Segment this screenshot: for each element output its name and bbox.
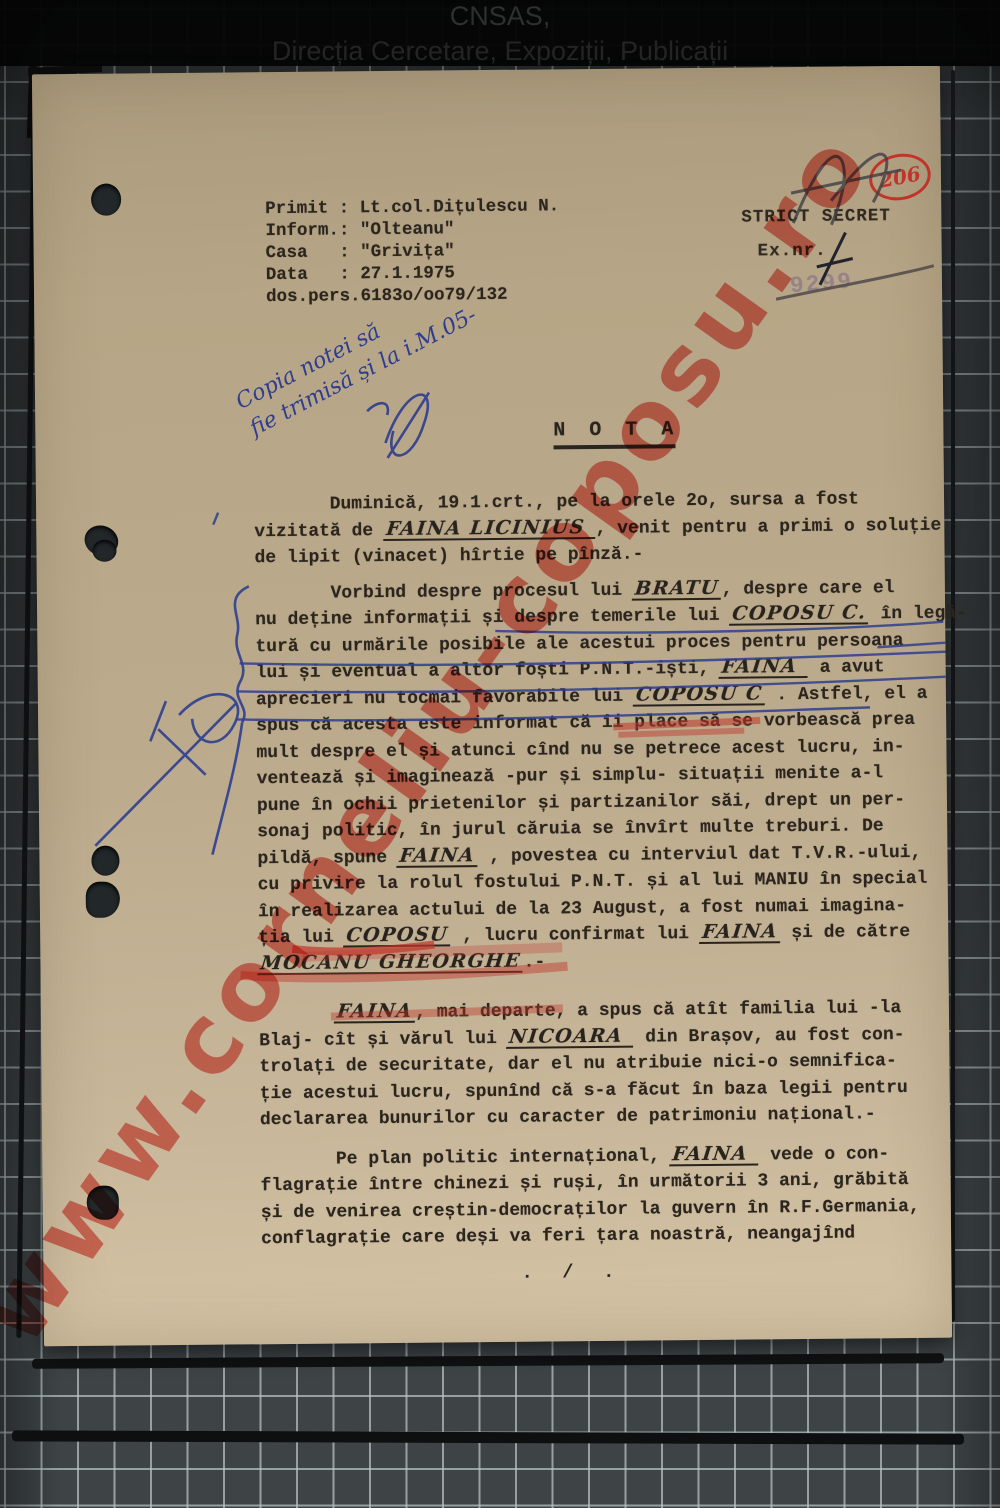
typed-text: ție acestui lucru, spunînd că s-a făcut … [260,1078,908,1104]
body-line: de lipit (vinacet) hîrtie pe pînză.- [254,539,944,572]
handwritten-name: NICOARA [506,1026,635,1048]
handwritten-name: FAINA [333,1002,416,1024]
punch-hole [91,184,121,216]
frame-rod-bottom-lower [12,1430,964,1444]
typed-text: nu deține informații și despre temerile … [255,606,730,631]
paragraph: Pe plan politic internațional, FAINA ved… [260,1140,951,1253]
header-line: Inform.: "Olteanu" [265,217,559,242]
archive-photo: { "photo": { "caption_line1": "CNSAS,", … [0,0,1000,1508]
header-line: Casa : "Grivița" [266,239,560,264]
copy-number-label: Ex.nr. [758,241,827,262]
page-number-stamp: 206 [865,149,934,206]
typed-text: , mai departe, a spus că atît familia lu… [415,998,901,1023]
typed-text: conflagrație care deși va feri țara noas… [261,1224,855,1250]
typed-text: , lucru confirmat lui [451,924,700,946]
handwritten-name: FAINA [397,846,480,868]
punch-hole [86,882,120,918]
typed-text: și de venirea creștin-democraților la gu… [261,1196,920,1222]
handwritten-name: FAINA [719,657,810,679]
typed-text: pune în ochii prietenilor și partizanilo… [257,790,905,816]
typed-text: flagrație între chinezi și ruși, în urmă… [261,1170,909,1196]
frame-rod-right [951,70,955,1322]
title-underline [554,444,676,449]
handwritten-name: FAINA [670,1144,761,1166]
punch-hole [87,1186,119,1220]
document-title: N O T A [553,418,679,449]
typed-text: și de către [780,922,910,943]
typed-text: mult despre el și atunci cînd nu se petr… [256,737,904,763]
typed-text: Pe plan politic internațional, [260,1146,671,1170]
typed-text: .- [524,952,546,972]
struck-registration-number: 9299 [789,268,854,299]
typed-text: , despre care el [722,578,895,600]
punch-hole [92,540,116,562]
paragraph: Duminică, 19.1.crt., pe la orele 2o, sur… [254,486,945,572]
typed-text: . Astfel, el a [765,683,927,705]
body-line: conflagrație care deși va feri țara noas… [261,1220,951,1253]
typed-text: Blaj- cît și vărul lui [259,1028,508,1050]
typed-text: declararea bunurilor cu caracter de patr… [260,1104,876,1130]
typed-text: vizitată de [254,521,384,542]
signature-squiggle [367,393,430,459]
typed-text: Duminică, 19.1.crt., pe la orele 2o, sur… [254,489,859,515]
typed-text [259,1004,335,1025]
handwritten-name: COPOSU [343,925,452,947]
typed-text: , povestea cu interviul dat T.V.R.-ului, [478,842,921,866]
typed-text: a avut [809,657,885,678]
classification-stamp: STRICT SECRET [741,206,891,227]
caption-band: CNSAS, Direcția Cercetare, Expoziții, Pu… [0,0,1000,66]
typed-text: în realizarea actului de la 23 August, a… [258,896,906,922]
handwritten-name: COPOSU C. [729,603,871,625]
typed-text: trolați de securitate, dar el nu atribui… [259,1051,896,1077]
header-block: Primit : Lt.col.Dițulescu N.Inform.: "Ol… [265,195,560,308]
page-continuation-mark: . / . [521,1261,623,1284]
typed-text: în legă- [870,603,967,624]
caption-line-1: CNSAS, [0,1,1000,32]
typed-text: ventează și imaginează -pur și simplu- s… [257,763,884,789]
frame-rod-bottom-upper [32,1353,944,1369]
caption-line-2: Direcția Cercetare, Expoziții, Publicați… [0,36,1000,67]
handwritten-name: FAINA [699,922,782,944]
handwritten-name: BRATU [632,578,723,600]
typed-text: aprecieri nu tocmai favorabile lui [256,686,634,710]
typed-text: din Brașov, au fost con- [634,1025,904,1048]
typed-text: tură cu urmările posibile ale acestui pr… [255,631,903,657]
scanned-document-page: Primit : Lt.col.Dițulescu N.Inform.: "Ol… [32,66,952,1347]
body-line: declararea bunurilor cu caracter de patr… [260,1101,950,1134]
typed-text: pildă, spune [257,847,398,868]
blue-margin-brace [93,586,252,855]
typed-text: sonaj politic, în jurul căruia se învîrt… [257,816,884,842]
typed-text: , venit pentru a primi o soluție [595,515,941,538]
typed-text: de lipit (vinacet) hîrtie pe pînză.- [254,545,643,569]
body-text: Duminică, 19.1.crt., pe la orele 2o, sur… [254,486,951,1253]
paragraph: FAINA, mai departe, a spus că atît famil… [259,995,950,1134]
handwritten-name: FAINA LICINIUS [383,517,597,540]
typed-text: cu privire la rolul fostului P.N.T. și a… [258,869,928,895]
handwritten-name: COPOSU C [633,684,767,706]
paragraph: Vorbind despre procesul lui BRATU, despr… [255,574,949,978]
typed-text: Vorbind despre procesul lui [255,580,633,604]
page-number: 206 [877,161,922,192]
typed-text: spus că acesta este informat că îi place… [256,710,915,736]
typed-text: ția lui [258,927,345,948]
typed-text: vede o con- [759,1144,889,1165]
punch-hole [91,846,119,876]
header-line: Data : 27.1.1975 [266,261,560,286]
typed-text: lui și eventual a altor foști P.N.T.-ișt… [256,659,721,683]
header-line: Primit : Lt.col.Dițulescu N. [265,195,559,220]
handwritten-name: MOCANU GHEORGHE [257,951,525,975]
title-text: N O T A [553,418,679,442]
